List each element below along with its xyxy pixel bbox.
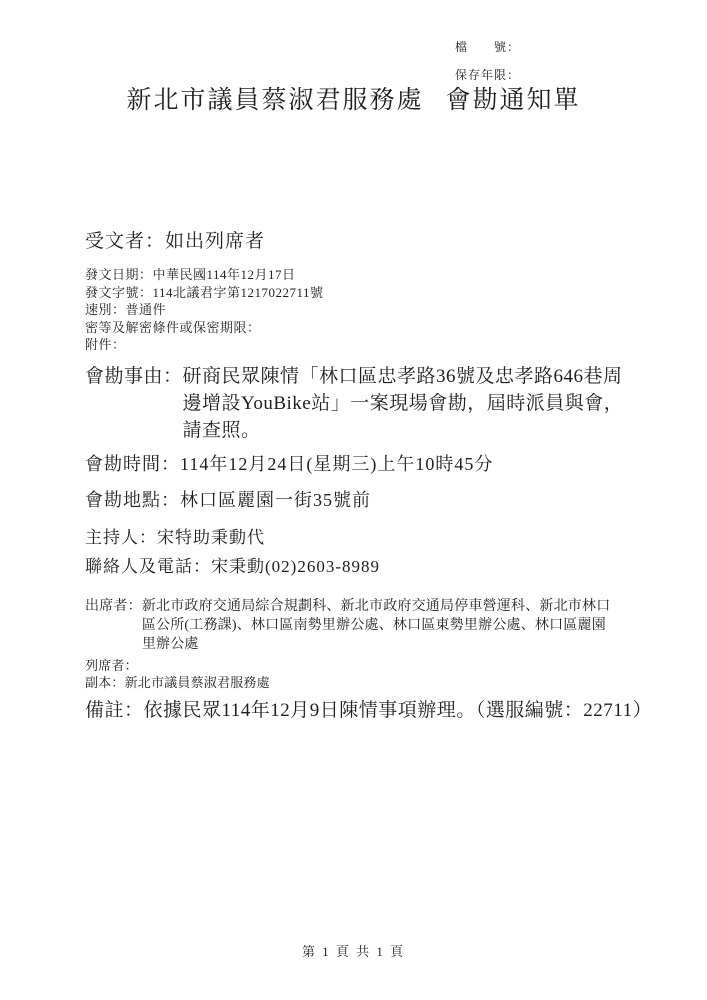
cc-value: 新北市議員蔡淑君服務處 (125, 675, 270, 690)
inspection-place-value: 林口區麗園一街35號前 (180, 490, 371, 510)
document-title: 新北市議員蔡淑君服務處 會勘通知單 (0, 80, 707, 116)
recipient-value: 如出列席者 (165, 231, 265, 252)
cc-label: 副本： (85, 675, 125, 690)
issue-date-line: 發文日期：中華民國114年12月17日 (85, 266, 655, 284)
host-value: 宋特助秉動代 (157, 528, 265, 547)
priority-value: 普通件 (126, 302, 167, 317)
host-row: 主持人：宋特助秉動代 (85, 523, 655, 548)
inspection-subject-row: 會勘事由： 研商民眾陳情「林口區忠孝路36號及忠孝路646巷周邊增設YouBik… (85, 363, 655, 444)
page-indicator: 第 1 頁 共 1 頁 (302, 944, 405, 959)
priority-label: 速別： (85, 302, 126, 317)
doc-number-line: 發文字號：114北議君字第1217022711號 (85, 284, 655, 302)
document-type-title: 會勘通知單 (446, 80, 581, 116)
file-number-label: 檔 號： (455, 33, 520, 61)
recipient-line: 受文者：如出列席者 (85, 226, 655, 253)
inspection-subject-label: 會勘事由： (85, 363, 183, 390)
attachment-label: 附件： (85, 337, 126, 352)
remark-label: 備註： (85, 699, 144, 723)
inspection-place-label: 會勘地點： (85, 490, 180, 510)
meta-block: 發文日期：中華民國114年12月17日 發文字號：114北議君字第1217022… (85, 266, 655, 354)
attachment-line: 附件： (85, 336, 655, 354)
attendees-label: 出席者： (85, 597, 142, 616)
classification-label: 密等及解密條件或保密期限： (85, 320, 261, 335)
observers-label: 列席者： (85, 658, 138, 673)
cc-row: 副本：新北市議員蔡淑君服務處 (85, 674, 655, 692)
inspection-time-label: 會勘時間： (85, 454, 180, 474)
inspection-subject-value: 研商民眾陳情「林口區忠孝路36號及忠孝路646巷周邊增設YouBike站」一案現… (183, 363, 624, 444)
recipient-label: 受文者： (85, 231, 165, 252)
contact-label: 聯絡人及電話： (85, 557, 211, 576)
issue-date-value: 中華民國114年12月17日 (153, 267, 296, 282)
contact-row: 聯絡人及電話：宋秉動(02)2603-8989 (85, 552, 655, 577)
inspection-place-row: 會勘地點：林口區麗園一街35號前 (85, 486, 655, 512)
remark-value: 依據民眾114年12月9日陳情事項辦理。（選服編號：22711） (144, 699, 644, 723)
contact-value: 宋秉動(02)2603-8989 (211, 557, 380, 576)
page-footer: 第 1 頁 共 1 頁 (0, 941, 707, 960)
inspection-time-value: 114年12月24日(星期三)上午10時45分 (180, 454, 493, 474)
doc-number-label: 發文字號： (85, 285, 153, 300)
issue-date-label: 發文日期： (85, 267, 153, 282)
classification-line: 密等及解密條件或保密期限： (85, 319, 655, 337)
doc-number-value: 114北議君字第1217022711號 (153, 285, 324, 300)
priority-line: 速別：普通件 (85, 301, 655, 319)
remark-row: 備註： 依據民眾114年12月9日陳情事項辦理。（選服編號：22711） (85, 699, 655, 723)
notice-document-page: 檔 號： 保存年限： 新北市議員蔡淑君服務處 會勘通知單 受文者：如出列席者 發… (0, 0, 707, 1000)
issuing-office-title: 新北市議員蔡淑君服務處 (126, 80, 423, 116)
attendees-value: 新北市政府交通局綜合規劃科、新北市政府交通局停車營運科、新北市林口區公所(工務課… (142, 597, 614, 654)
host-label: 主持人： (85, 528, 157, 547)
attendees-row: 出席者： 新北市政府交通局綜合規劃科、新北市政府交通局停車營運科、新北市林口區公… (85, 597, 655, 654)
inspection-time-row: 會勘時間：114年12月24日(星期三)上午10時45分 (85, 450, 655, 476)
observers-row: 列席者： (85, 657, 655, 675)
document-body: 受文者：如出列席者 發文日期：中華民國114年12月17日 發文字號：114北議… (85, 226, 655, 722)
